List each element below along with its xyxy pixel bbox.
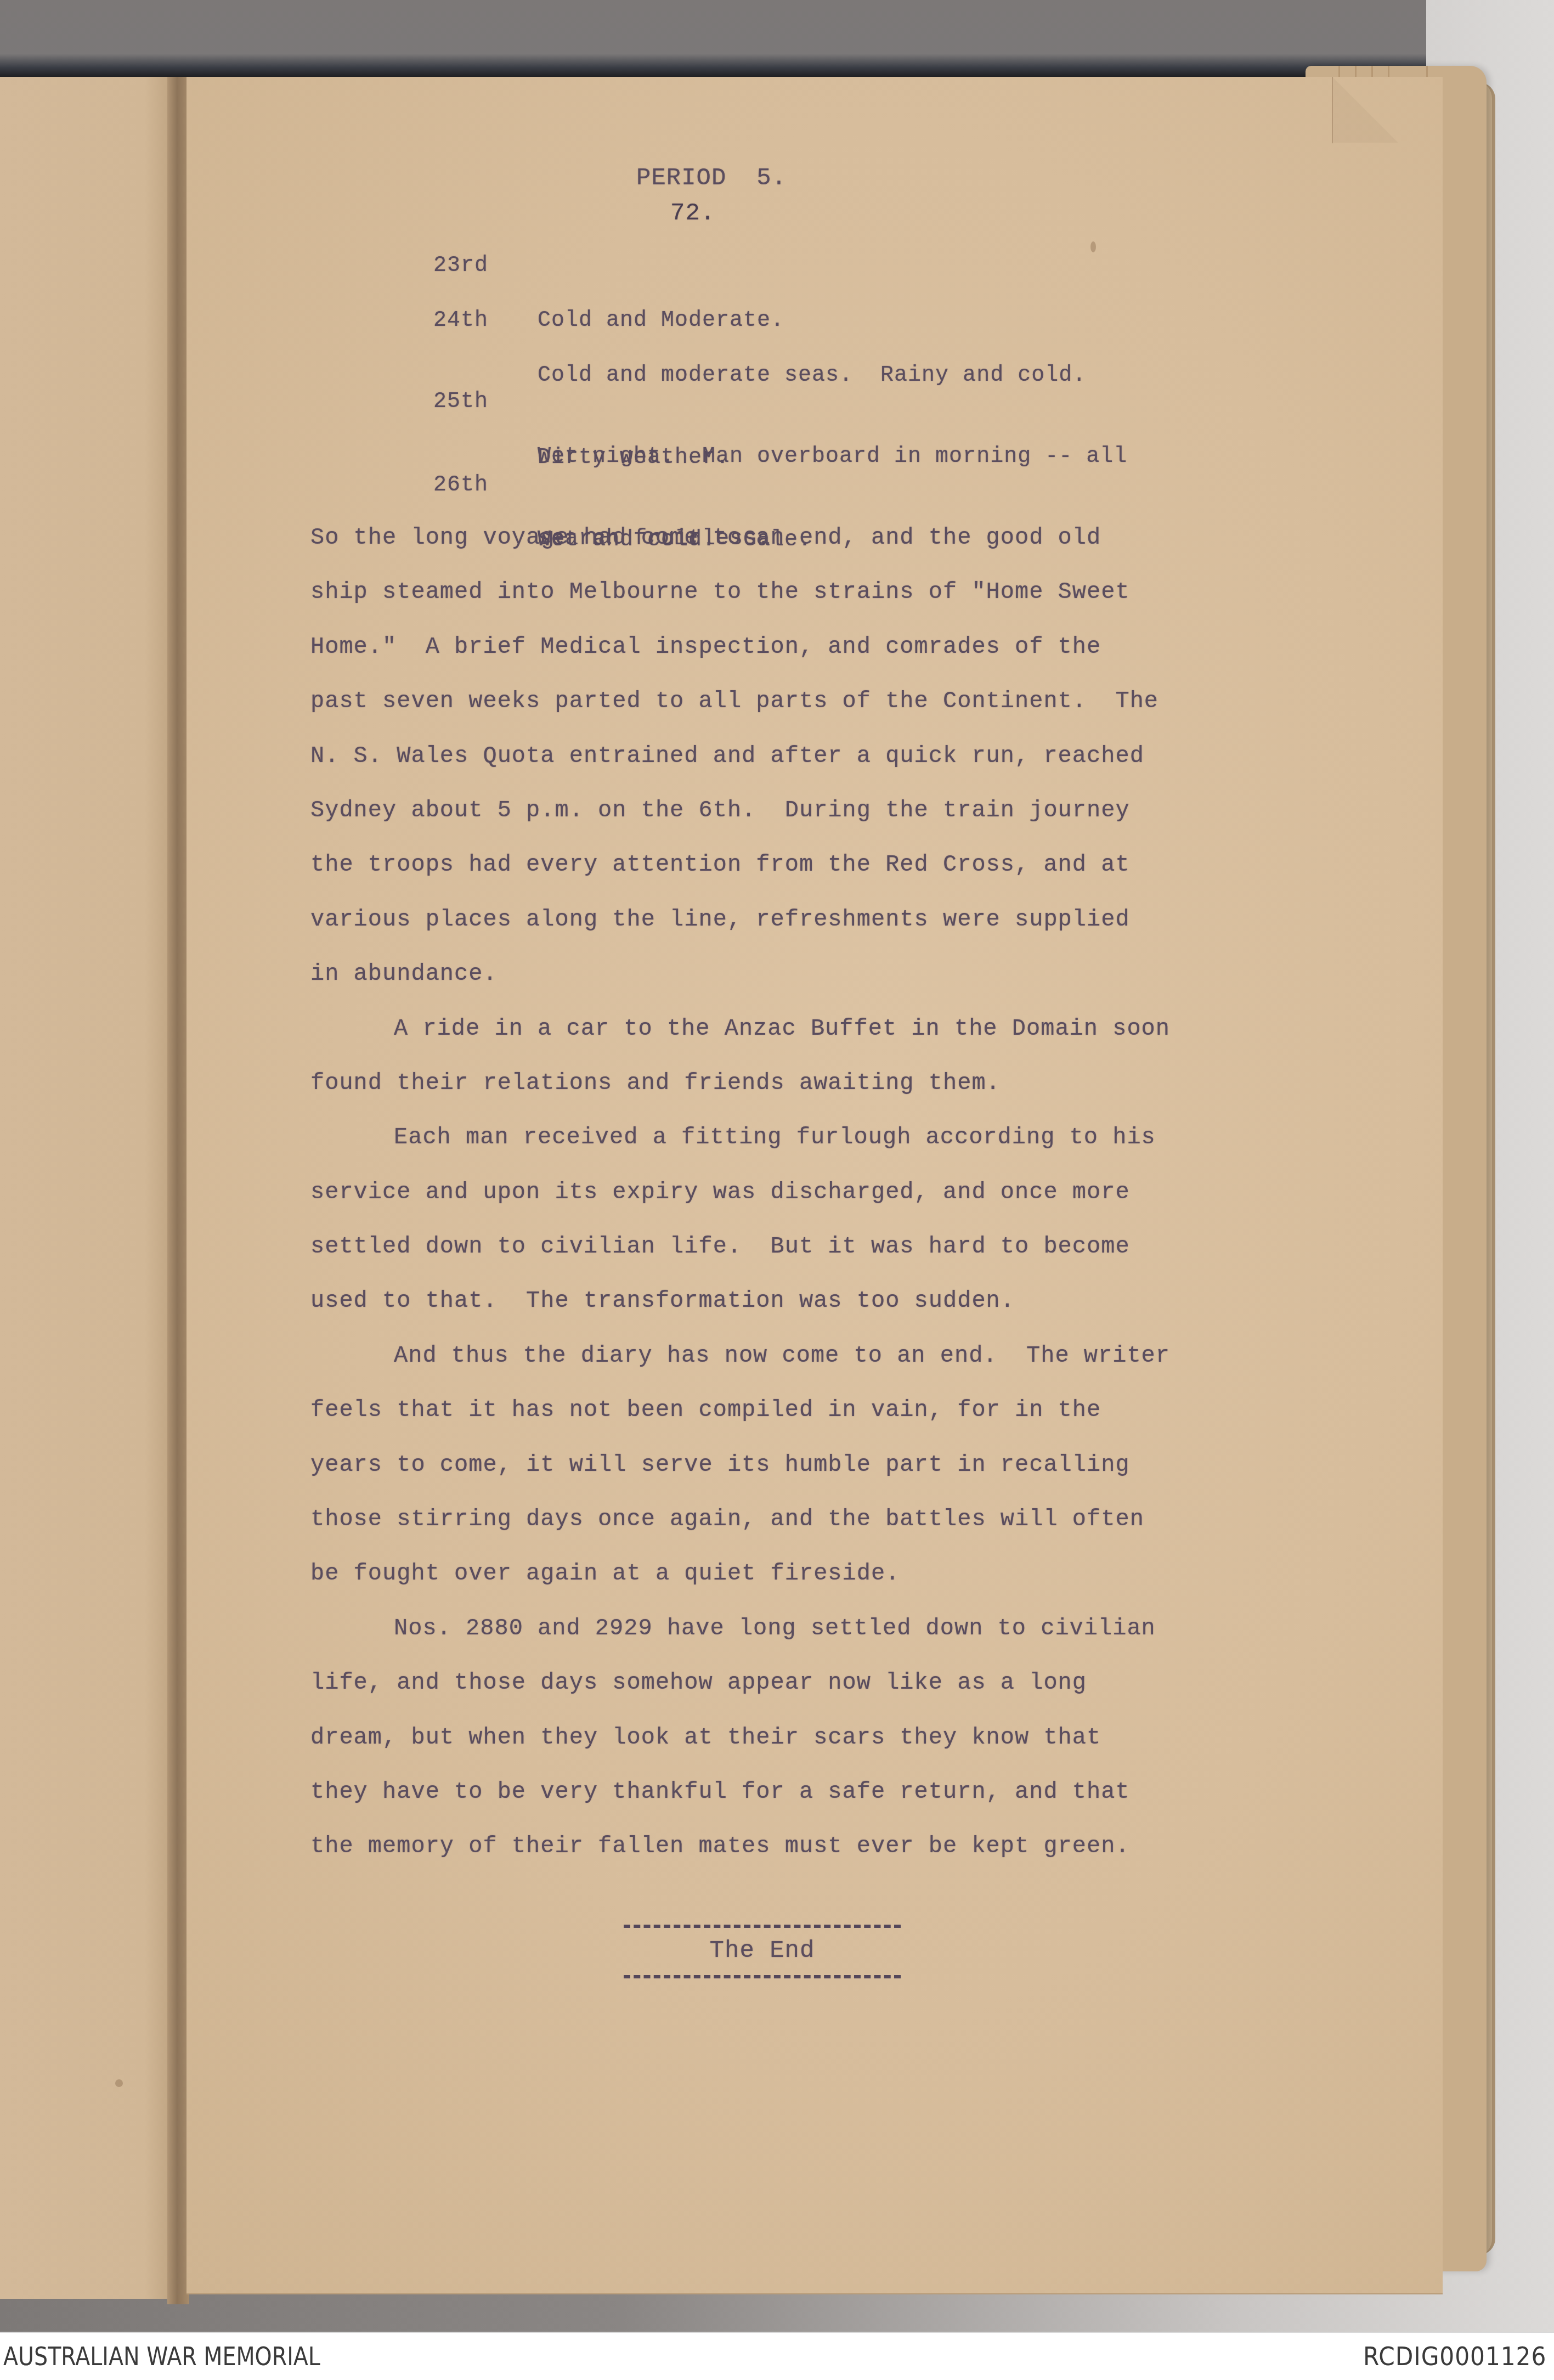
text-line: in abundance.: [310, 957, 1309, 1012]
text-line: be fought over again at a quiet fireside…: [310, 1557, 1309, 1611]
text-line: found their relations and friends awaiti…: [310, 1067, 1309, 1121]
text-line: used to that. The transformation was too…: [310, 1284, 1309, 1339]
left-page: [0, 77, 181, 2299]
text-line: they have to be very thankful for a safe…: [310, 1775, 1309, 1830]
text-line: years to come, it will serve its humble …: [310, 1448, 1309, 1503]
book-binding-gutter: [167, 77, 189, 2304]
dashed-rule-bottom: [624, 1975, 901, 1978]
text-line-indented: A ride in a car to the Anzac Buffet in t…: [310, 1012, 1309, 1067]
closing-label: The End: [624, 1935, 901, 1967]
text-line: ship steamed into Melbourne to the strai…: [310, 576, 1309, 630]
text-line: the troops had every attention from the …: [310, 848, 1309, 903]
entry-line: Wet night. Man overboard in morning -- a…: [538, 443, 1278, 471]
text-line: service and upon its expiry was discharg…: [310, 1176, 1309, 1230]
text-line: Sydney about 5 p.m. on the 6th. During t…: [310, 794, 1309, 848]
text-line-indented: Nos. 2880 and 2929 have long settled dow…: [310, 1612, 1309, 1666]
text-line: dream, but when they look at their scars…: [310, 1721, 1309, 1775]
text-line: So the long voyage had come to an end, a…: [310, 521, 1309, 576]
page-corner-fold: [1332, 77, 1399, 144]
page-number: 72.: [670, 200, 715, 227]
text-line: N. S. Wales Quota entrained and after a …: [310, 740, 1309, 794]
closing-block: The End: [624, 1925, 901, 1978]
text-line: the memory of their fallen mates must ev…: [310, 1830, 1309, 1884]
paper-speck: [1090, 241, 1096, 252]
dashed-rule-top: [624, 1925, 901, 1928]
text-line: those stirring days once again, and the …: [310, 1503, 1309, 1557]
text-line: past seven weeks parted to all parts of …: [310, 685, 1309, 739]
catalogue-id: RCDIG0001126: [1363, 2342, 1546, 2371]
institution-name: AUSTRALIAN WAR MEMORIAL: [3, 2342, 320, 2371]
paper-speck: [115, 2079, 123, 2087]
text-line: Home." A brief Medical inspection, and c…: [310, 630, 1309, 685]
archive-footer: AUSTRALIAN WAR MEMORIAL RCDIG0001126: [0, 2332, 1554, 2380]
scan-top-shadow: [0, 0, 1426, 77]
period-heading: PERIOD 5.: [636, 165, 787, 192]
text-line-indented: And thus the diary has now come to an en…: [310, 1339, 1309, 1394]
text-line: feels that it has not been compiled in v…: [310, 1394, 1309, 1448]
text-line: settled down to civilian life. But it wa…: [310, 1230, 1309, 1284]
text-line: life, and those days somehow appear now …: [310, 1666, 1309, 1721]
narrative-body: So the long voyage had come to an end, a…: [310, 521, 1309, 1885]
entry-line: Cold and moderate seas. Rainy and cold.: [538, 362, 1278, 390]
scan-background: PERIOD 5. 72. 23rd Cold and Moderate. 24…: [0, 0, 1554, 2332]
text-line-indented: Each man received a fitting furlough acc…: [310, 1121, 1309, 1175]
text-line: various places along the line, refreshme…: [310, 903, 1309, 957]
